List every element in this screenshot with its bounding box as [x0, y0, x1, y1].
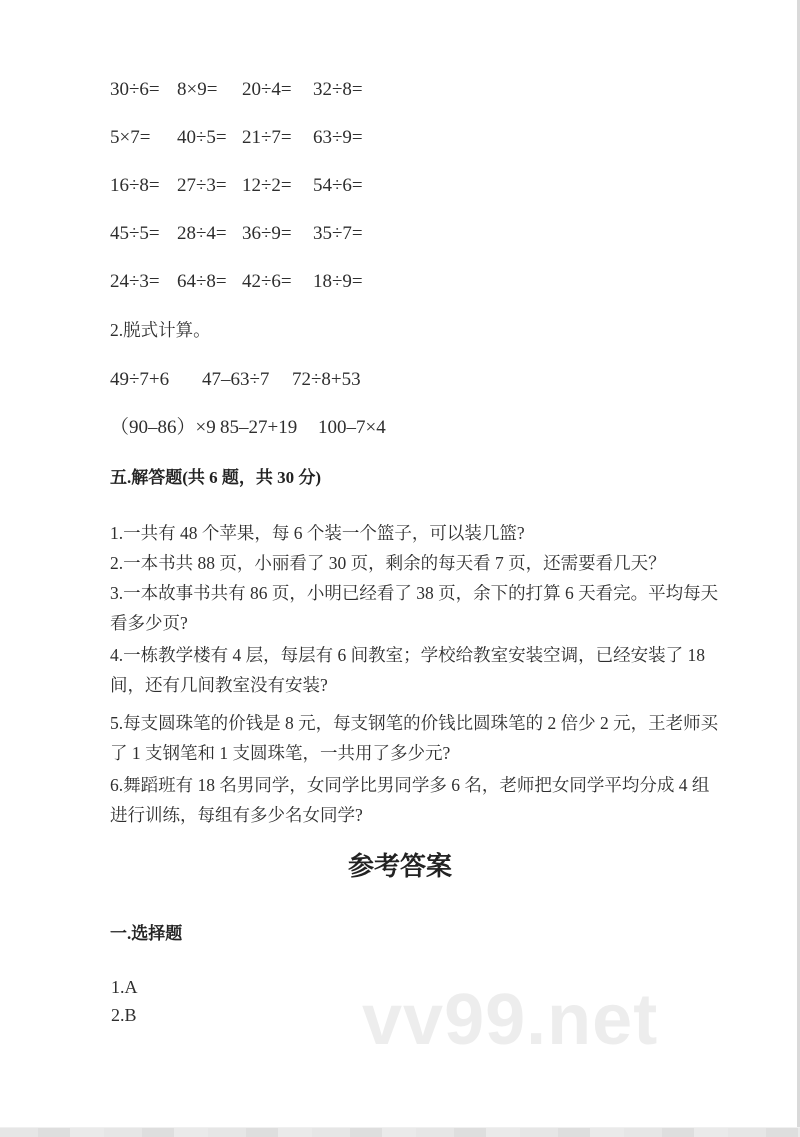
- word-problem-line: 间，还有几间教室没有安装?: [110, 670, 692, 700]
- word-problem-line: 看多少页?: [110, 608, 692, 638]
- stepwise-expression: 72÷8+53: [292, 368, 361, 392]
- word-problem-line: 4.一栋教学楼有 4 层，每层有 6 间教室；学校给教室安装空调，已经安装了 1…: [110, 640, 692, 670]
- word-problem-line: 2.一本书共 88 页，小丽看了 30 页，剩余的每天看 7 页，还需要看几天？: [110, 553, 666, 573]
- oral-problem: 5×7=: [110, 126, 177, 150]
- word-problem-line: 3.一本故事书共有 86 页，小明已经看了 38 页，余下的打算 6 天看完。平…: [110, 578, 692, 608]
- word-problem-5: 5.每支圆珠笔的价钱是 8 元，每支钢笔的价钱比圆珠笔的 2 倍少 2 元，王老…: [110, 708, 692, 768]
- oral-problem: 27÷3=: [177, 174, 242, 198]
- word-problem-line: 了 1 支钢笔和 1 支圆珠笔，一共用了多少元?: [110, 738, 692, 768]
- oral-problem: 63÷9=: [313, 126, 363, 150]
- word-problem-4: 4.一栋教学楼有 4 层，每层有 6 间教室；学校给教室安装空调，已经安装了 1…: [110, 640, 692, 700]
- section5-heading: 五.解答题(共 6 题，共 30 分): [110, 466, 321, 490]
- stepwise-expr-row: 49÷7+6 47–63÷7 72÷8+53: [110, 368, 361, 392]
- oral-problem: 20÷4=: [242, 78, 313, 102]
- word-problem-line: 1.一共有 48 个苹果，每 6 个装一个篮子，可以装几篮?: [110, 523, 525, 543]
- stepwise-expression: 47–63÷7: [202, 368, 292, 392]
- page-bottom-bar: [0, 1127, 800, 1137]
- oral-problem: 12÷2=: [242, 174, 313, 198]
- oral-problem: 32÷8=: [313, 78, 363, 102]
- oral-problem: 64÷8=: [177, 270, 242, 294]
- oral-problem: 21÷7=: [242, 126, 313, 150]
- stepwise-expr-row: （90–86）×9 85–27+19 100–7×4: [110, 416, 386, 440]
- oral-problem: 30÷6=: [110, 78, 177, 102]
- word-problem-line: 5.每支圆珠笔的价钱是 8 元，每支钢笔的价钱比圆珠笔的 2 倍少 2 元，王老…: [110, 708, 692, 738]
- oral-calc-section: 30÷6= 8×9= 20÷4= 32÷8= 5×7= 40÷5= 21÷7= …: [110, 78, 363, 318]
- stepwise-expression: 100–7×4: [318, 416, 386, 440]
- answer-item: 1.A: [111, 973, 138, 1001]
- word-problem-3: 3.一本故事书共有 86 页，小明已经看了 38 页，余下的打算 6 天看完。平…: [110, 578, 692, 638]
- oral-calc-row: 5×7= 40÷5= 21÷7= 63÷9=: [110, 126, 363, 150]
- stepwise-expression: 49÷7+6: [110, 368, 202, 392]
- answer-item: 2.B: [111, 1001, 138, 1029]
- oral-calc-row: 30÷6= 8×9= 20÷4= 32÷8=: [110, 78, 363, 102]
- word-problem-1: 1.一共有 48 个苹果，每 6 个装一个篮子，可以装几篮?: [110, 518, 692, 548]
- stepwise-expression: 85–27+19: [220, 416, 318, 440]
- oral-calc-row: 24÷3= 64÷8= 42÷6= 18÷9=: [110, 270, 363, 294]
- oral-problem: 16÷8=: [110, 174, 177, 198]
- answers-title: 参考答案: [0, 851, 800, 883]
- word-problem-6: 6.舞蹈班有 18 名男同学，女同学比男同学多 6 名，老师把女同学平均分成 4…: [110, 770, 692, 830]
- word-problem-line: 进行训练，每组有多少名女同学?: [110, 800, 692, 830]
- oral-calc-row: 16÷8= 27÷3= 12÷2= 54÷6=: [110, 174, 363, 198]
- oral-problem: 8×9=: [177, 78, 242, 102]
- oral-problem: 36÷9=: [242, 222, 313, 246]
- oral-problem: 45÷5=: [110, 222, 177, 246]
- word-problems-list: 1.一共有 48 个苹果，每 6 个装一个篮子，可以装几篮? 2.一本书共 88…: [110, 518, 692, 830]
- oral-problem: 54÷6=: [313, 174, 363, 198]
- word-problem-line: 6.舞蹈班有 18 名男同学，女同学比男同学多 6 名，老师把女同学平均分成 4…: [110, 770, 692, 800]
- oral-problem: 24÷3=: [110, 270, 177, 294]
- answers-section1-heading: 一.选择题: [110, 922, 182, 946]
- word-problem-2: 2.一本书共 88 页，小丽看了 30 页，剩余的每天看 7 页，还需要看几天？: [110, 548, 692, 578]
- oral-problem: 28÷4=: [177, 222, 242, 246]
- oral-problem: 40÷5=: [177, 126, 242, 150]
- answer-items: 1.A 2.B: [111, 973, 138, 1029]
- worksheet-page: 30÷6= 8×9= 20÷4= 32÷8= 5×7= 40÷5= 21÷7= …: [0, 0, 800, 1137]
- oral-problem: 42÷6=: [242, 270, 313, 294]
- oral-calc-row: 45÷5= 28÷4= 36÷9= 35÷7=: [110, 222, 363, 246]
- stepwise-calc-label: 2.脱式计算。: [110, 318, 211, 342]
- oral-problem: 35÷7=: [313, 222, 363, 246]
- oral-problem: 18÷9=: [313, 270, 363, 294]
- site-watermark: vv99.net: [362, 984, 658, 1056]
- stepwise-expression: （90–86）×9: [110, 416, 220, 440]
